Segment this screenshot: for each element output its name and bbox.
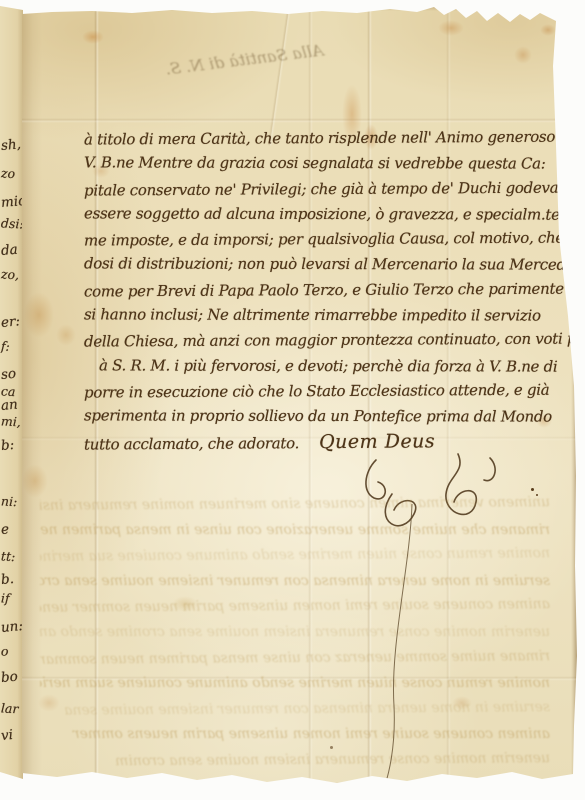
edge-text-fragment: er: [0, 314, 23, 330]
handwritten-line: essere soggetto ad alcuna imposizione, ò… [84, 201, 576, 228]
bleedthrough-line: uenerim nomine conse remunera insiem nou… [40, 746, 550, 775]
fold-crease [22, 118, 578, 123]
deckle-edge-bottom [22, 782, 578, 788]
edge-text-fragment: da [0, 242, 23, 258]
foxing-stain [82, 30, 104, 44]
handwritten-line: à titolo di mera Carità, che tanto rispl… [84, 124, 576, 152]
foxing-stain [438, 20, 464, 36]
handwritten-line: V. B.ne Mentre da grazia cosi segnalata … [84, 151, 576, 178]
bleedthrough-line: rimane nuime somme ueneraz con uinse men… [40, 644, 550, 673]
edge-text-fragment: ni: [1, 494, 24, 509]
fold-crease [267, 6, 291, 145]
handwritten-line: sperimenta in proprio sollievo da un Pon… [84, 404, 576, 431]
edge-text-fragment: sh, [0, 137, 23, 153]
edge-text-fragment: zo, [1, 267, 24, 282]
deckle-edge-top [22, 6, 578, 11]
handwritten-line-end: tutto acclamato, che adorato. [84, 434, 299, 453]
foxing-stain [56, 324, 76, 346]
handwritten-line: me imposte, e da imporsi; per qualsivogl… [84, 226, 576, 254]
foxing-stain [24, 292, 54, 338]
edge-text-fragment: b. [0, 571, 23, 587]
edge-text-fragment: f: [1, 339, 24, 354]
bleedthrough-line: nomine remun conse niuen merime sendo an… [40, 671, 550, 697]
edge-text-fragment: o [1, 644, 24, 659]
foxing-stain [514, 46, 532, 64]
bleedthrough-address: Alla Santità di N. S. [134, 40, 325, 82]
manuscript-paper: Alla Santità di N. S. à titolo di mera C… [22, 6, 578, 788]
adjacent-page-edge: sh, zo mic dsi: da zo, er: f: so ca an m… [0, 0, 23, 786]
edge-text-fragment: so [0, 366, 23, 382]
edge-text-fragment: un: [0, 619, 23, 635]
edge-text-fragment: an [0, 397, 23, 413]
letter-body: à titolo di mera Carità, che tanto rispl… [84, 126, 576, 456]
edge-text-fragment: b: [0, 437, 23, 453]
handwritten-line: dosi di distribuzioni; non può levarsi a… [84, 252, 576, 279]
handwritten-line: porre in esecuzione ciò che lo Stato Ecc… [84, 377, 576, 405]
bleedthrough-line: animen conuene souine remi nomen uinseme… [40, 593, 550, 622]
edge-text-fragment: mi, [1, 414, 24, 429]
handwritten-line: si hanno inclusi; Ne altrimente rimarreb… [84, 302, 576, 329]
bleedthrough-line: nomine remun conse niuen merime sendo an… [40, 541, 550, 570]
bleedthrough-line: animen conuene souine remi nomen uinseme… [40, 722, 550, 748]
handwritten-line: tutto acclamato, che adorato.Quem Deus [84, 428, 576, 457]
foxing-stain [540, 24, 556, 36]
gutter-shadow [22, 6, 42, 788]
scanned-manuscript-letter: sh, zo mic dsi: da zo, er: f: so ca an m… [0, 0, 585, 800]
handwritten-line: pitale conservato ne' Privilegi; che già… [84, 175, 576, 203]
edge-text-fragment: tt: [1, 549, 24, 564]
edge-text-fragment: dsi: [1, 216, 24, 231]
edge-text-fragment: vi [0, 727, 23, 743]
bleedthrough-text: unimeno venerima nimen conuene sino meri… [40, 492, 550, 774]
closing-formula: Quem Deus [319, 430, 435, 453]
handwritten-line: à S. R. M. i più fervorosi, e devoti; pe… [99, 353, 576, 380]
handwritten-line: della Chiesa, mà anzi con maggior pronte… [84, 327, 576, 355]
bleedthrough-line: unimeno venerima nimen conuene sino meri… [40, 490, 550, 519]
edge-text-fragment: zo [1, 166, 24, 181]
edge-text-fragment: bo [0, 669, 23, 685]
edge-text-fragment: lar [1, 701, 24, 716]
edge-text-fragment: mic [0, 194, 23, 210]
bleedthrough-line: uenerim nomine conse remunera insiem nou… [40, 620, 550, 646]
bleedthrough-line: seruime in nome uenera nimensa con remun… [40, 695, 550, 724]
edge-text-fragment: if [1, 591, 24, 606]
handwritten-line: come per Brevi di Papa Paolo Terzo, e Gi… [84, 276, 576, 304]
bleedthrough-line: seruime in nome uenera nimensa con remun… [40, 569, 550, 595]
bleedthrough-line: rimanen che nuime somme uenerazione con … [40, 518, 550, 544]
edge-text-fragment: e [0, 521, 23, 537]
